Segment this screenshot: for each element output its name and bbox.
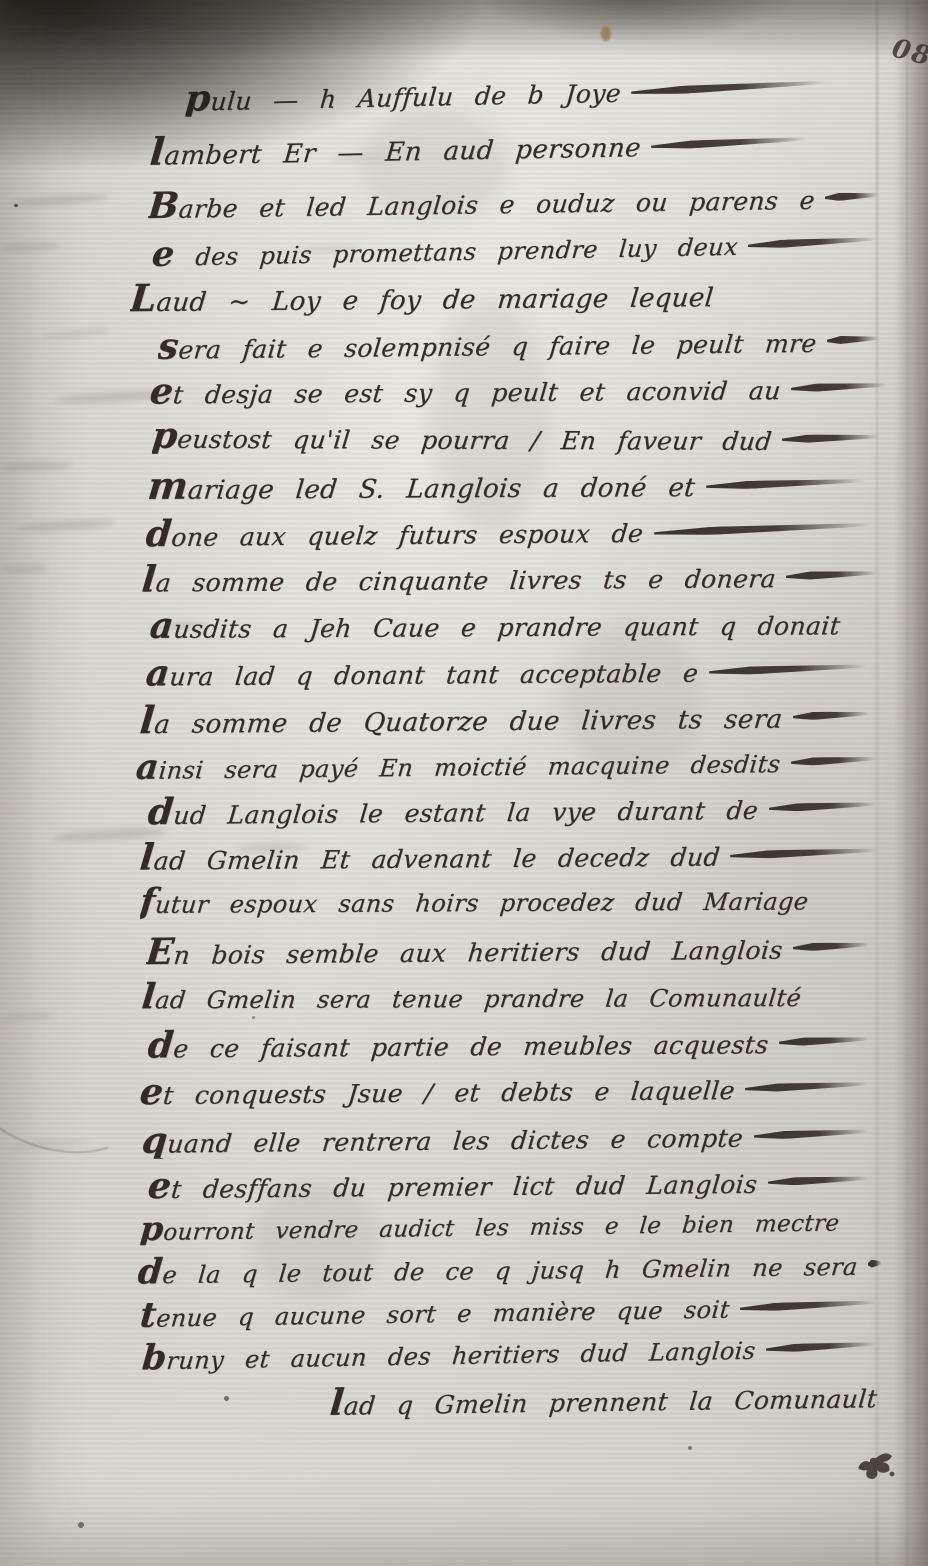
ink-blot [846,1448,906,1500]
paper-stain [601,26,611,41]
photo-vignette [0,0,928,1566]
paper-speck [224,1396,229,1401]
paper-speck [14,204,18,207]
manuscript-page-photo: pulu — h Auffulu de b Joyelambert Er — E… [0,0,928,1566]
paper-speck [78,1522,84,1528]
paper-speck [252,1016,255,1019]
paper-speck [688,1446,692,1450]
